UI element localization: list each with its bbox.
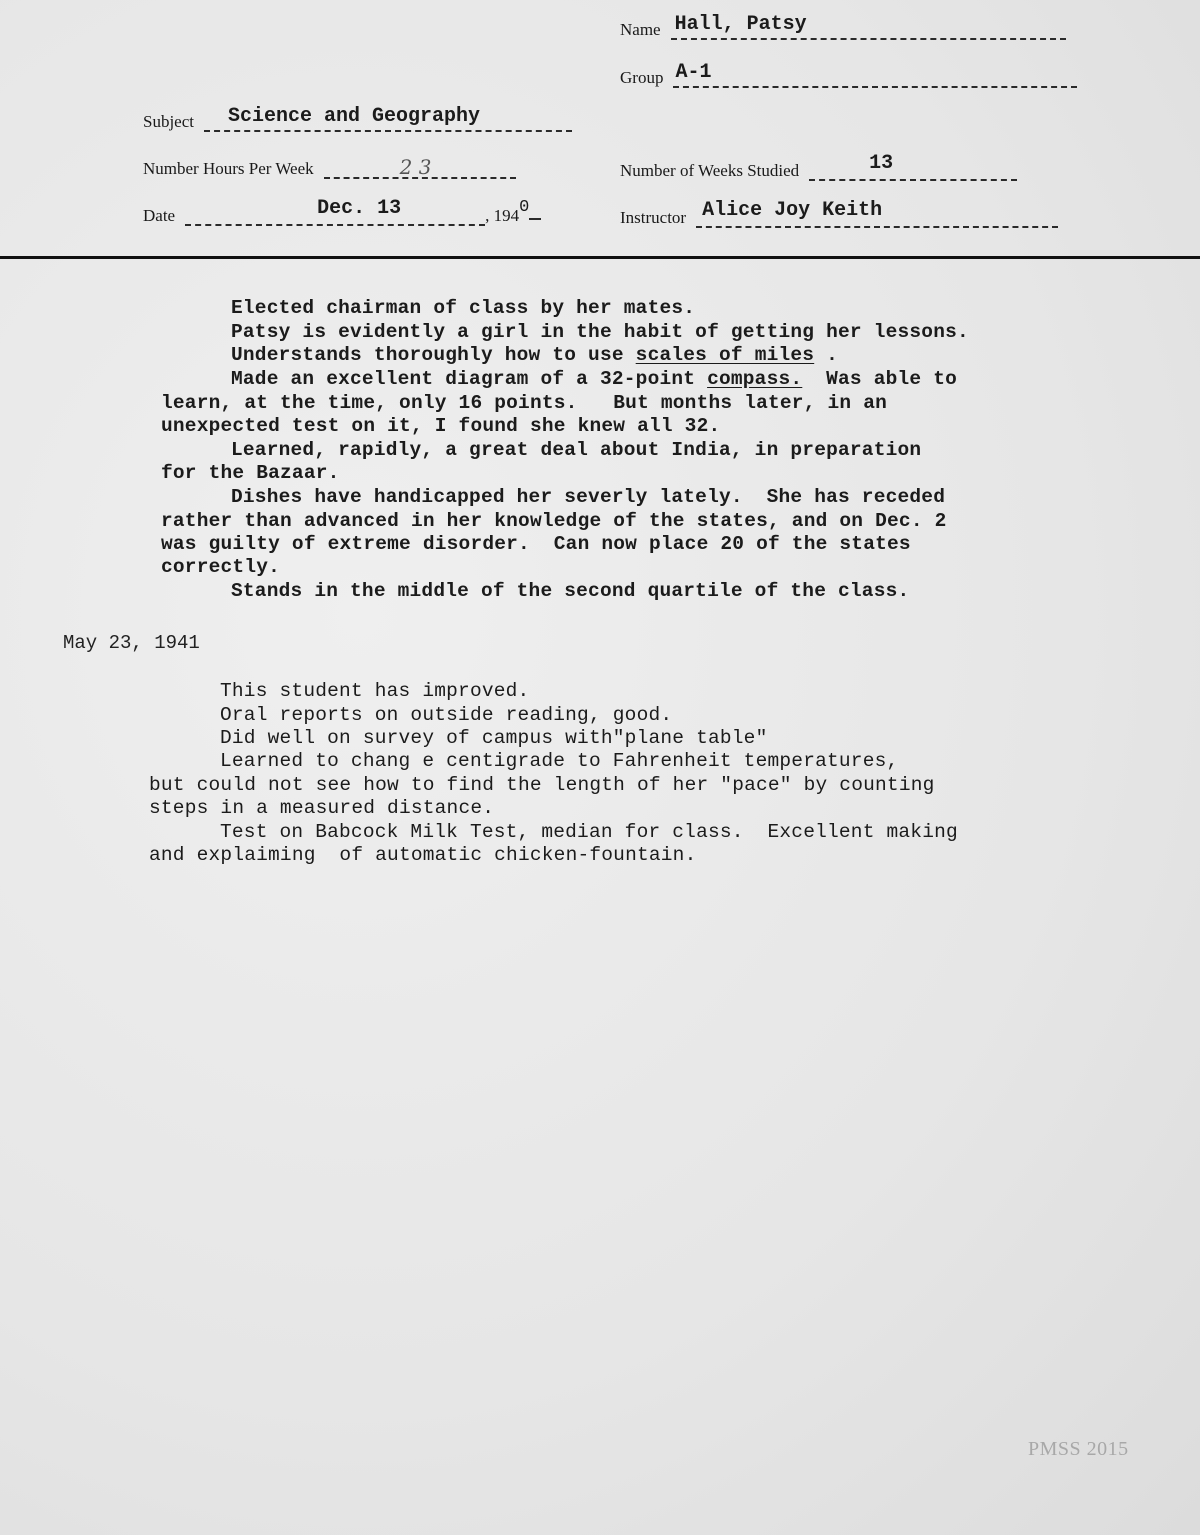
header-divider [0,256,1200,259]
underlined-scales-of-miles: scales of miles [636,344,815,366]
date-year-blank [529,214,541,220]
underlined-compass: compass. [707,368,802,390]
instructor-blank: Alice Joy Keith [696,202,1058,228]
report-1-line: Dishes have handicapped her severly late… [231,486,945,509]
hours-per-week-value: 2 3 [400,155,432,179]
archive-watermark: PMSS 2015 [1028,1438,1129,1461]
report-1-line: was guilty of extreme disorder. Can now … [161,533,911,556]
hours-per-week-field: Number Hours Per Week 2 3 [143,153,516,179]
subject-field: Subject Science and Geography [143,106,572,132]
report-1-line: Learned, rapidly, a great deal about Ind… [231,439,921,462]
report-2-line: steps in a measured distance. [149,797,494,820]
report-1-text: . [814,344,838,366]
group-blank: A-1 [673,62,1077,88]
subject-label: Subject [143,112,194,132]
subject-value: Science and Geography [228,105,480,128]
report-1-line: Stands in the middle of the second quart… [231,580,909,603]
date-year-prefix: , 194 [485,206,519,226]
report-2-line: Learned to chang e centigrade to Fahrenh… [220,750,898,773]
report-1-line: unexpected test on it, I found she knew … [161,415,720,438]
name-blank: Hall, Patsy [671,14,1066,40]
report-2-line: Did well on survey of campus with"plane … [220,727,768,750]
weeks-studied-blank: 13 [809,155,1017,181]
name-label: Name [620,20,661,40]
report-1-line: rather than advanced in her knowledge of… [161,510,947,533]
report-2-line: and explaiming of automatic chicken-foun… [149,844,697,867]
report-2-line: Test on Babcock Milk Test, median for cl… [220,821,958,844]
report-1-line: Elected chairman of class by her mates. [231,297,695,320]
weeks-studied-field: Number of Weeks Studied 13 [620,155,1017,181]
subject-blank: Science and Geography [204,106,572,132]
report-1-text: Understands thoroughly how to use [231,344,636,366]
date-field: Date Dec. 13 , 194 0 [143,200,541,226]
hours-per-week-label: Number Hours Per Week [143,159,314,179]
date-label: Date [143,206,175,226]
report-1-line: learn, at the time, only 16 points. But … [161,392,887,415]
report-1-text: Was able to [802,368,957,390]
report-2-line: Oral reports on outside reading, good. [220,704,672,727]
date-blank: Dec. 13 [185,200,485,226]
group-value: A-1 [675,61,711,84]
report-2-line: This student has improved. [220,680,529,703]
report-1-line: Understands thoroughly how to use scales… [231,344,838,367]
report-1-text: Made an excellent diagram of a 32-point [231,368,707,390]
report-1-line: correctly. [161,556,280,579]
report-2-line: but could not see how to find the length… [149,774,935,797]
weeks-studied-value: 13 [869,152,893,175]
instructor-field: Instructor Alice Joy Keith [620,202,1058,228]
hours-per-week-blank: 2 3 [324,153,516,179]
group-field: Group A-1 [620,62,1077,88]
instructor-label: Instructor [620,208,686,228]
name-value: Hall, Patsy [675,13,807,36]
name-field: Name Hall, Patsy [620,14,1066,40]
report-2-date: May 23, 1941 [63,632,200,654]
instructor-value: Alice Joy Keith [702,199,882,222]
report-1-line: Patsy is evidently a girl in the habit o… [231,321,969,344]
weeks-studied-label: Number of Weeks Studied [620,161,799,181]
report-1-line: for the Bazaar. [161,462,340,485]
date-value: Dec. 13 [317,197,401,220]
report-1-line: Made an excellent diagram of a 32-point … [231,368,957,391]
date-year-suffix: 0 [519,198,529,217]
group-label: Group [620,68,663,88]
